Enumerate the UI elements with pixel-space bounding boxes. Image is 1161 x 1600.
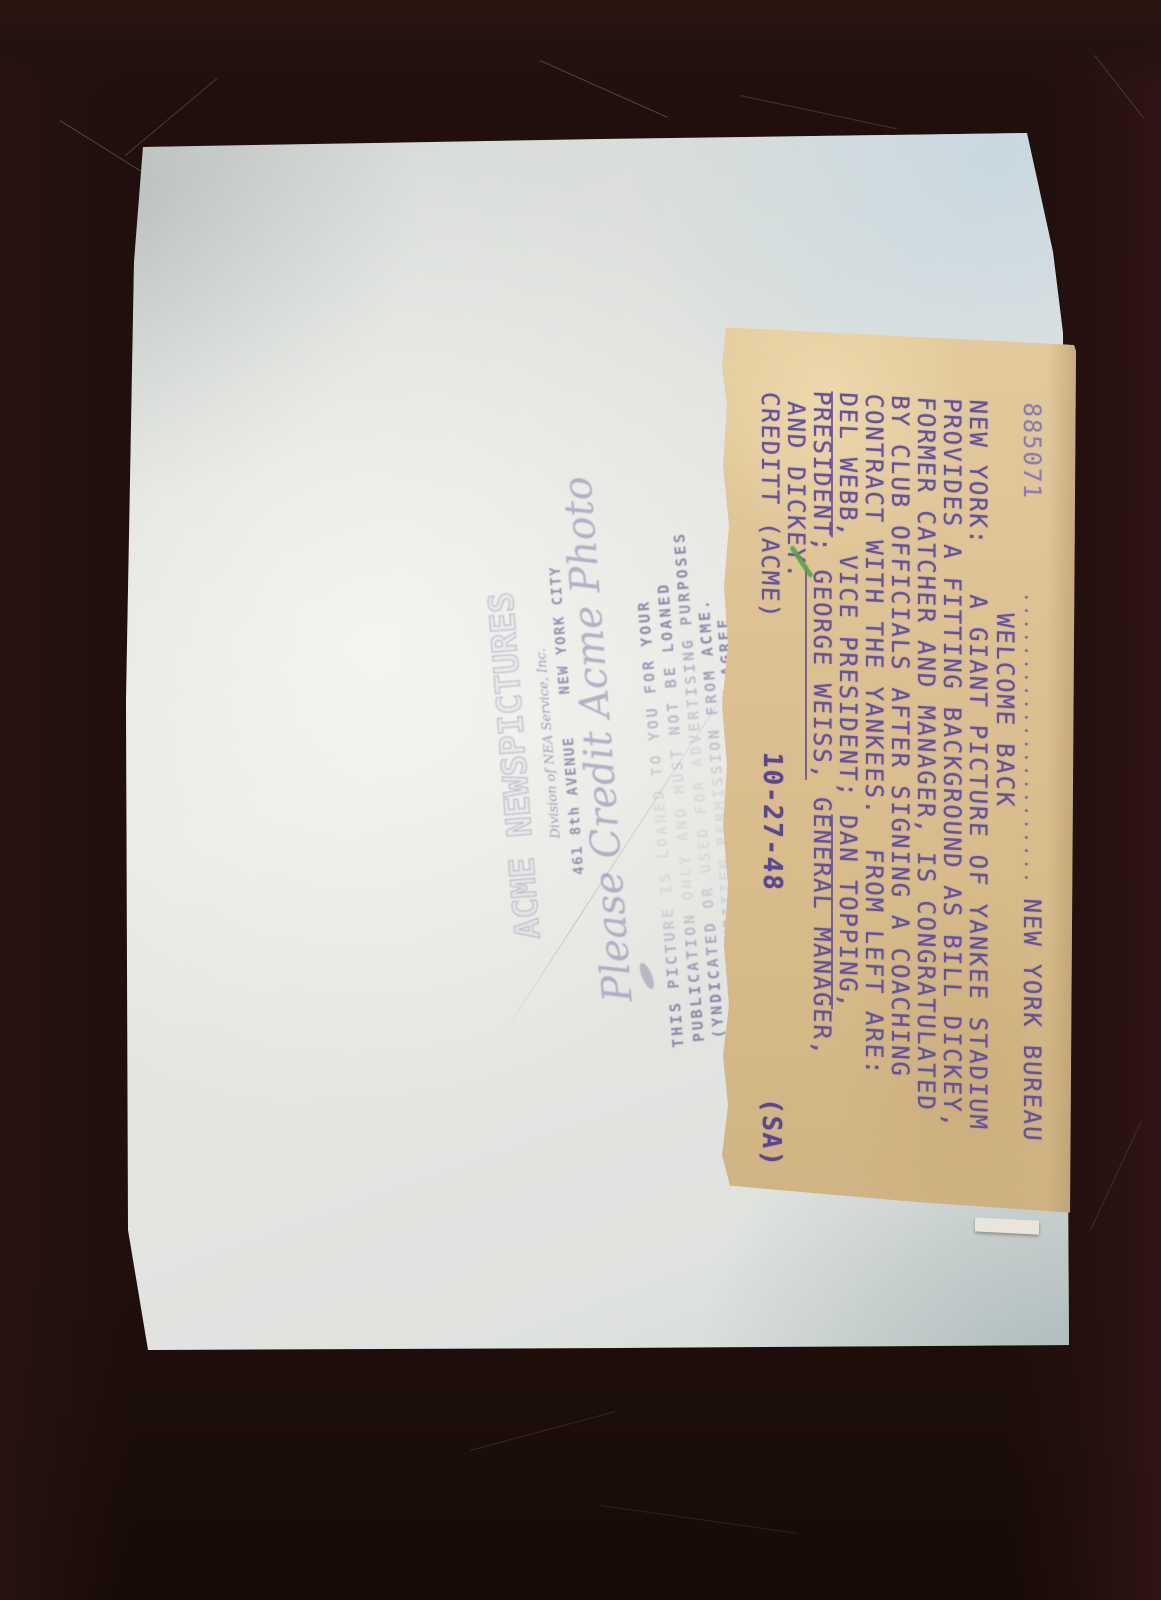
- slip-caption-line: PRESIDENT; GEORGE WEISS, GENERAL MANAGER…: [808, 390, 836, 1058]
- slip-caption-segment: VICE PRESIDENT;: [834, 538, 862, 816]
- slip-credit: CREDITT (ACME): [756, 391, 784, 620]
- slip-caption-line: PROVIDES A FITTING BACKGROUND AS BILL DI…: [938, 397, 966, 1130]
- sleeve-scratch: [600, 1505, 798, 1534]
- slip-caption-line: CONTRACT WITH THE YANKEES. FROM LEFT ARE…: [860, 393, 888, 1077]
- sleeve-scratch: [125, 78, 218, 156]
- sleeve-scratch: [740, 95, 897, 129]
- slip-caption-line: FORMER CATCHER AND MANAGER, IS CONGRATUL…: [912, 396, 940, 1113]
- slip-bureau: NEW YORK BUREAU: [1018, 898, 1046, 1143]
- slip-caption-segment: GENERAL MANAGER,: [808, 780, 836, 1058]
- caption-slip-text: 885071 ...................... NEW YORK B…: [718, 325, 1076, 1215]
- slip-caption-line: BY CLUB OFFICIALS AFTER SIGNING A COACHI…: [886, 394, 914, 1078]
- sleeve-scratch: [1094, 55, 1144, 119]
- slip-serial-number: 885071: [1018, 402, 1046, 501]
- sleeve-scratch: [1090, 1121, 1142, 1230]
- slip-dotted-rule: ......................: [1020, 592, 1040, 886]
- slip-bureau-code: (SA): [756, 1097, 786, 1169]
- slip-caption-line: DEL WEBB, VICE PRESIDENT; DAN TOPPING,: [834, 391, 862, 1010]
- sleeve-scratch: [540, 60, 668, 118]
- underlined-name-george-weiss: GEORGE WEISS,: [805, 569, 836, 782]
- stamp-agency-name: ACME NEWSPICTURES: [481, 591, 548, 941]
- slip-headline: WELCOME BACK: [991, 612, 1019, 809]
- sleeve-scratch: [470, 1411, 615, 1451]
- press-photo-back-scan: { "scene": { "description": "Back of a 1…: [0, 0, 1161, 1600]
- slip-caption-line: NEW YORK: A GIANT PICTURE OF YANKEE STAD…: [964, 399, 992, 1132]
- caption-slip: 885071 ...................... NEW YORK B…: [718, 325, 1076, 1215]
- slip-date: 10-27-48: [757, 751, 787, 892]
- acme-stamp: ACME NEWSPICTURES Division of NEA Servic…: [456, 508, 768, 1068]
- slip-caption-segment: PRESIDENT;: [808, 390, 836, 570]
